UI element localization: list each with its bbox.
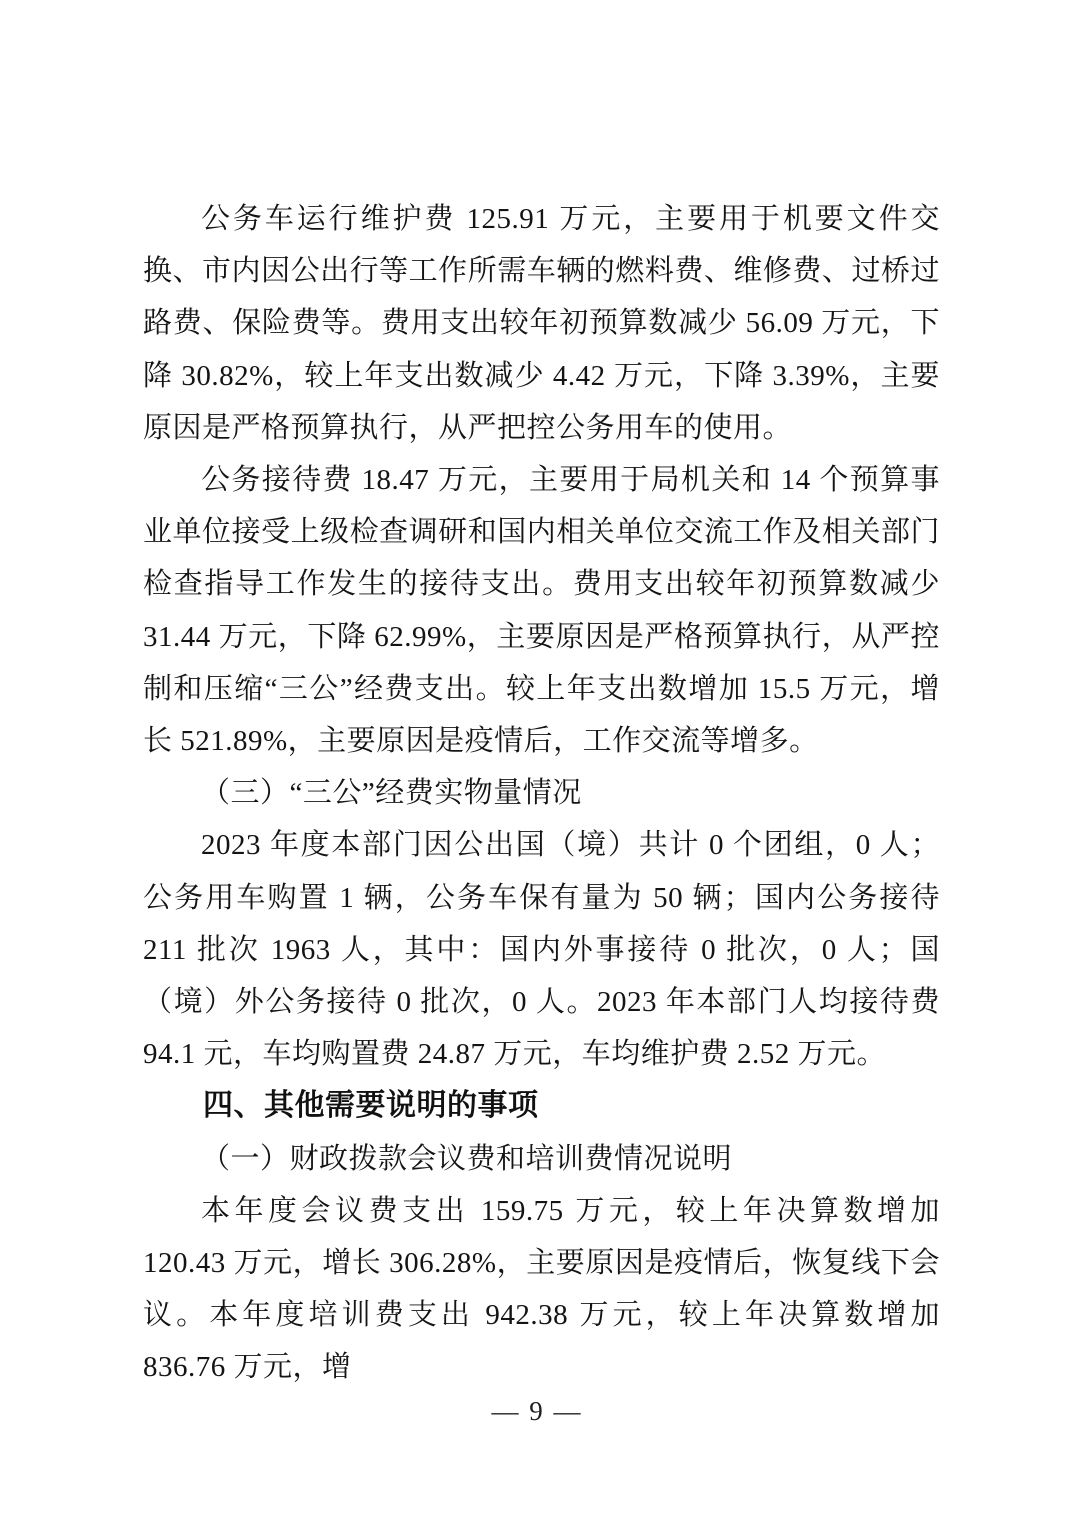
paragraph-meeting-training-fee-details: 本年度会议费支出 159.75 万元，较上年决算数增加 120.43 万元，增长… xyxy=(143,1185,940,1394)
paragraph-official-reception-cost: 公务接待费 18.47 万元，主要用于局机关和 14 个预算事业单位接受上级检查… xyxy=(143,454,940,767)
heading-other-matters: 四、其他需要说明的事项 xyxy=(143,1080,940,1132)
document-page: 公务车运行维护费 125.91 万元，主要用于机要文件交换、市内因公出行等工作所… xyxy=(0,0,1074,1520)
page-number: — 9 — xyxy=(0,1396,1074,1427)
paragraph-physical-quantity-details: 2023 年度本部门因公出国（境）共计 0 个团组，0 人；公务用车购置 1 辆… xyxy=(143,819,940,1080)
document-content: 公务车运行维护费 125.91 万元，主要用于机要文件交换、市内因公出行等工作所… xyxy=(143,193,940,1394)
subheading-meeting-training-fee-explanation: （一）财政拨款会议费和培训费情况说明 xyxy=(143,1133,940,1185)
subheading-three-public-expenses-physical-quantity: （三）“三公”经费实物量情况 xyxy=(143,767,940,819)
paragraph-vehicle-maintenance-cost: 公务车运行维护费 125.91 万元，主要用于机要文件交换、市内因公出行等工作所… xyxy=(143,193,940,454)
